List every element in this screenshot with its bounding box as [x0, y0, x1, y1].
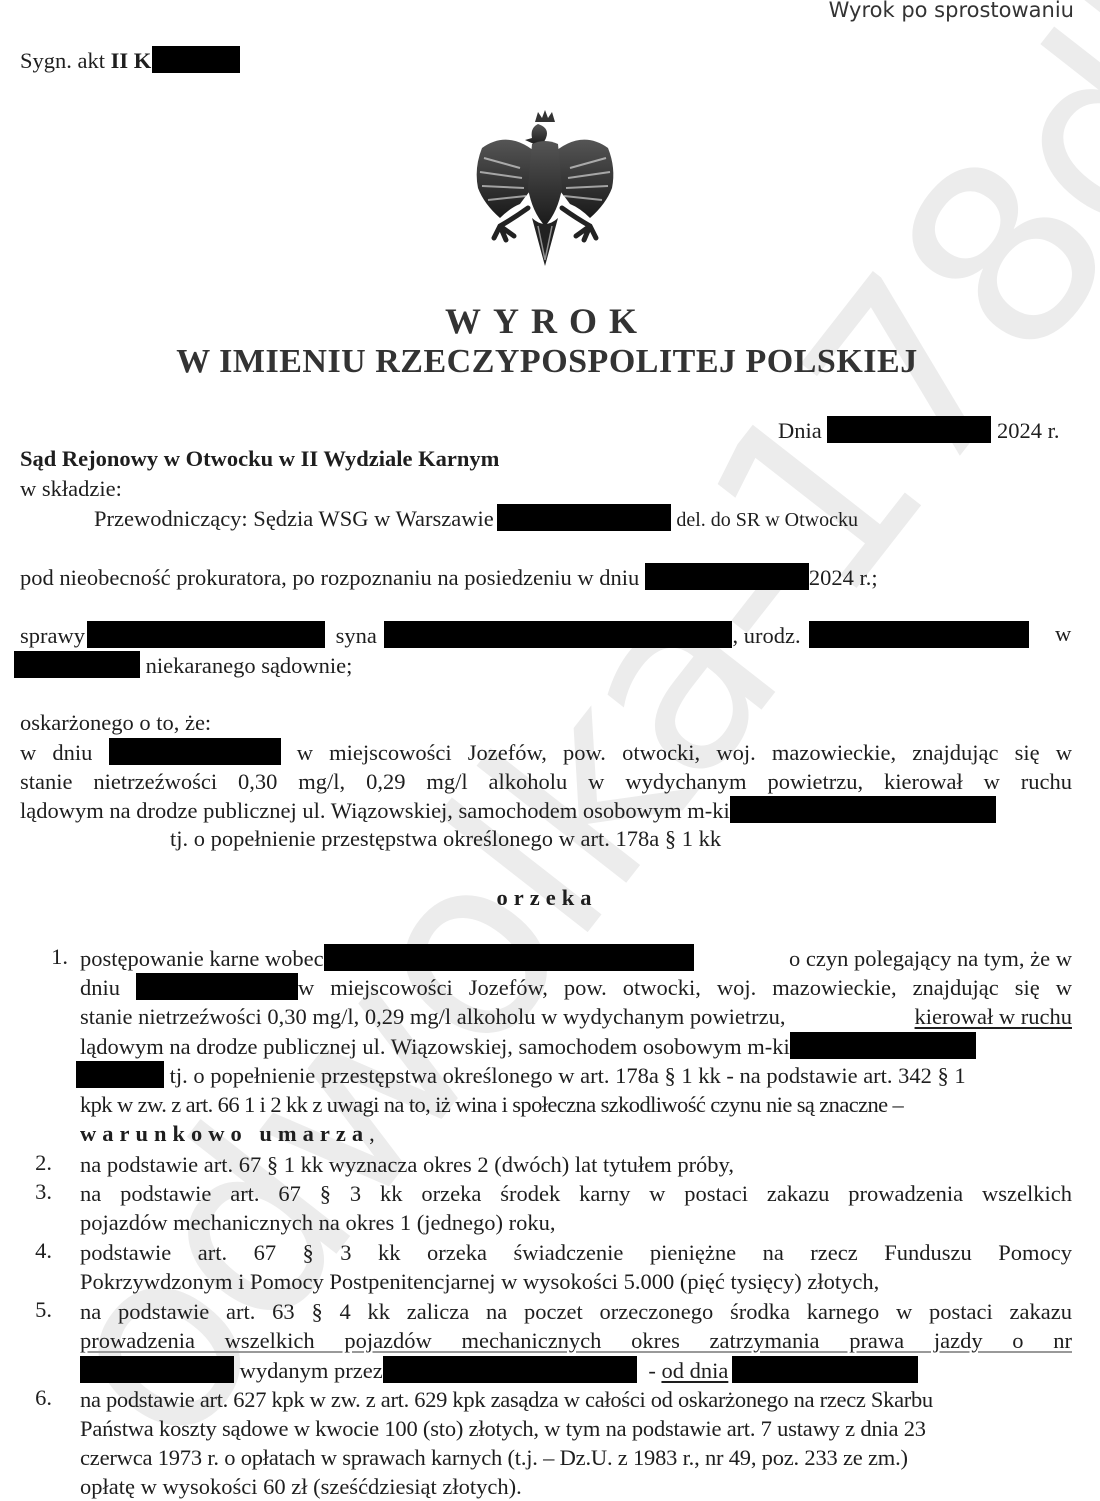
hearing-prefix: pod nieobecność prokuratora, po rozpozna…	[20, 565, 639, 590]
item-1-line-6: kpk w zw. z art. 66 1 i 2 kk z uwagi na …	[80, 1090, 1072, 1119]
redaction-date	[827, 416, 991, 443]
polish-eagle-emblem-icon	[470, 108, 620, 270]
case-ref-prefix: Sygn. akt	[20, 48, 105, 73]
item-3-line-2: pojazdów mechanicznych na okres 1 (jedne…	[80, 1208, 1072, 1237]
item-1-line-5: tj. o popełnienie przestępstwa określone…	[76, 1061, 966, 1089]
item-6-line-2: Państwa koszty sądowe w kwocie 100 (sto)…	[80, 1414, 1072, 1443]
hearing-suffix: 2024 r.;	[809, 565, 878, 590]
redaction-judge-name	[497, 504, 671, 531]
charge-intro: oskarżonego o to, że:	[20, 708, 1072, 737]
item-4-line-2: Pokrzywdzonym i Pomocy Postpenitencjarne…	[80, 1267, 1072, 1296]
item-1-location: w miejscowości Jozefów, pow. otwocki, wo…	[298, 975, 1072, 1000]
item-1-line-4: lądowym na drodze publicznej ul. Wiązows…	[80, 1032, 1072, 1061]
hearing-line: pod nieobecność prokuratora, po rozpozna…	[20, 563, 878, 591]
syna-label: syna	[336, 623, 377, 648]
charge-line-2: stanie nietrzeźwości 0,30 mg/l, 0,29 mg/…	[20, 767, 1072, 796]
verdict-heading: orzeka	[0, 885, 1094, 911]
sprawy-label: sprawy	[20, 623, 85, 648]
redaction-defendant-name	[87, 621, 325, 648]
redaction-father-name	[384, 621, 732, 648]
item-2-number: 2.	[12, 1150, 52, 1176]
document-subtitle: W IMIENIU RZECZYPOSPOLITEJ POLSKIEJ	[0, 343, 1094, 381]
redaction-vehicle-2	[790, 1032, 976, 1059]
charge-date-prefix: w dniu	[20, 740, 92, 765]
case-ref-division: II K	[111, 48, 152, 73]
item-3-line-1: na podstawie art. 67 § 3 kk orzeka środe…	[80, 1179, 1072, 1208]
item-1-line-2: dniu w miejscowości Jozefów, pow. otwock…	[80, 973, 1072, 1002]
redaction-license-number	[80, 1356, 234, 1383]
redaction-defendant-name-2	[324, 944, 694, 971]
urodz-label: , urodz.	[732, 623, 800, 648]
item-5-dash: -	[648, 1358, 656, 1383]
item-4-number: 4.	[12, 1238, 52, 1264]
item-5-line-3: wydanym przez - od dnia	[80, 1356, 1072, 1385]
item-6-number: 6.	[12, 1385, 52, 1411]
item-1-state: stanie nietrzeźwości 0,30 mg/l, 0,29 mg/…	[80, 1004, 785, 1029]
item-5-from-date: od dnia	[661, 1358, 728, 1383]
item-1-number: 1.	[28, 944, 68, 970]
charge-article: tj. o popełnienie przestępstwa określone…	[170, 826, 721, 852]
item-1-line-7: warunkowo umarza,	[80, 1119, 1072, 1148]
item-1-date-prefix: dniu	[80, 975, 120, 1000]
redaction-offense-date-2	[136, 973, 298, 1000]
item-5-line-1: na podstawie art. 63 § 4 kk zalicza na p…	[80, 1297, 1072, 1326]
item-1-legal-basis: tj. o popełnienie przestępstwa określone…	[170, 1063, 966, 1088]
item-6-line-1: na podstawie art. 627 kpk w zw. z art. 6…	[80, 1385, 1072, 1414]
redaction-issuer	[383, 1356, 637, 1383]
criminal-record: niekaranego sądownie;	[146, 653, 353, 678]
item-6-line-4: opłatę w wysokości 60 zł (sześćdziesiąt …	[80, 1472, 1072, 1501]
charge-vehicle-text: lądowym na drodze publicznej ul. Wiązows…	[20, 798, 730, 823]
item-1-decision: warunkowo umarza	[80, 1121, 369, 1146]
item-4-line-1: podstawie art. 67 § 3 kk orzeka świadcze…	[80, 1238, 1072, 1267]
item-5-number: 5.	[12, 1297, 52, 1323]
charge-line-1: w dniu w miejscowości Jozefów, pow. otwo…	[20, 738, 1072, 767]
redaction-birth-place	[14, 651, 140, 678]
date-suffix: 2024 r.	[997, 418, 1060, 443]
item-5-issued-by: wydanym przez	[240, 1358, 383, 1383]
redaction-birth-date	[809, 621, 1029, 648]
record-line: niekaranego sądownie;	[14, 651, 352, 679]
redaction-vehicle-3	[76, 1061, 164, 1088]
presiding-judge: Przewodniczący: Sędzia WSG w Warszawie d…	[94, 504, 858, 532]
w-label: w	[1055, 621, 1071, 647]
item-6-line-3: czerwca 1973 r. o opłatach w sprawach ka…	[80, 1443, 1072, 1472]
item-1-vehicle: lądowym na drodze publicznej ul. Wiązows…	[80, 1034, 790, 1059]
item-1-underlined: kierował w ruchu	[915, 1002, 1072, 1031]
item-1-line-3: stanie nietrzeźwości 0,30 mg/l, 0,29 mg/…	[80, 1002, 1072, 1031]
charge-location-text: w miejscowości Jozefów, pow. otwocki, wo…	[297, 740, 1072, 765]
presiding-prefix: Przewodniczący: Sędzia WSG w Warszawie	[94, 506, 494, 531]
court-name: Sąd Rejonowy w Otwocku w II Wydziale Kar…	[20, 444, 1072, 473]
item-1-prefix: postępowanie karne wobec	[80, 946, 324, 971]
redaction-offense-date	[109, 738, 281, 765]
document-title: WYROK	[0, 300, 1094, 342]
redaction-from-date	[732, 1356, 918, 1383]
judgment-date: Dnia 2024 r.	[778, 416, 1060, 444]
redaction-vehicle	[730, 796, 996, 823]
presiding-suffix: del. do SR w Otwocku	[676, 509, 858, 531]
item-5-line-2: prowadzenia wszelkich pojazdów mechanicz…	[80, 1326, 1072, 1355]
corrected-label: Wyrok po sprostowaniu	[829, 0, 1074, 22]
redaction-case-number	[152, 46, 240, 73]
charge-line-3: lądowym na drodze publicznej ul. Wiązows…	[20, 796, 996, 824]
date-prefix: Dnia	[778, 418, 822, 443]
item-1-suffix: o czyn polegający na tym, że w	[789, 944, 1072, 973]
item-2-line-1: na podstawie art. 67 § 1 kk wyznacza okr…	[80, 1150, 1072, 1179]
item-1-comma: ,	[369, 1121, 375, 1146]
item-3-number: 3.	[12, 1179, 52, 1205]
defendant-line: sprawy syna , urodz.	[20, 621, 1029, 649]
redaction-hearing-date	[645, 563, 809, 590]
item-1-line-1: postępowanie karne wobec o czyn polegają…	[80, 944, 1072, 973]
case-reference: Sygn. akt II K	[20, 46, 240, 74]
composition-label: w składzie:	[20, 474, 1072, 503]
